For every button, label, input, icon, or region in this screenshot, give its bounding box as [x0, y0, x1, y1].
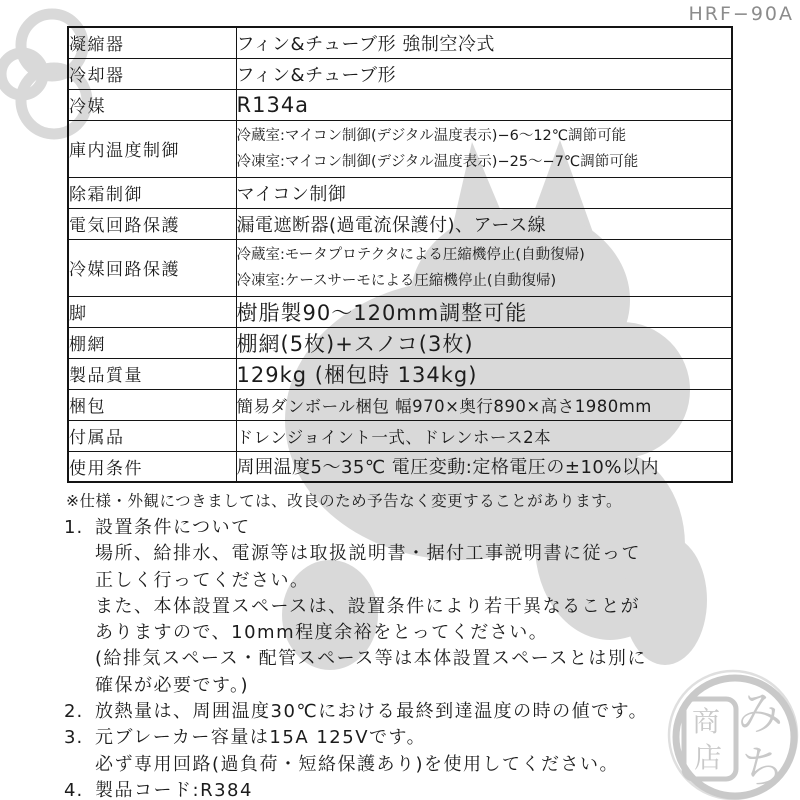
note-number: 4. — [64, 778, 95, 800]
table-row: 棚網 棚網(5枚)+スノコ(3枚) — [68, 327, 732, 358]
disclaimer-text: ※仕様・外観につきましては、改良のため予告なく変更することがあります。 — [66, 489, 780, 511]
note-line: また、本体設置スペースは、設置条件により若干異なることが — [95, 594, 780, 620]
spec-label: 付属品 — [68, 420, 236, 451]
spec-value: 簡易ダンボール梱包 幅970×奥行890×高さ1980mm — [237, 393, 732, 417]
spec-value: 冷蔵室:マイコン制御(デジタル温度表示)−6〜12℃調節可能 — [237, 123, 732, 149]
table-row: 使用条件 周囲温度5〜35℃ 電圧変動:定格電圧の±10%以内 — [68, 451, 732, 482]
table-row: 梱包 簡易ダンボール梱包 幅970×奥行890×高さ1980mm — [68, 389, 732, 420]
spec-value: フィン&チューブ形 強制空冷式 — [237, 30, 732, 56]
table-row: 冷却器 フィン&チューブ形 — [68, 58, 732, 89]
spec-value: ドレンジョイント一式、ドレンホース2本 — [237, 424, 732, 448]
note-item: 1. 設置条件について 場所、給排水、電源等は取扱説明書・据付工事説明書に従って… — [64, 515, 780, 699]
table-row: 冷媒回路保護 冷蔵室:モータプロテクタによる圧縮機停止(自動復帰) 冷凍室:ケー… — [68, 239, 732, 296]
note-item: 3. 元ブレーカー容量は15A 125Vです。 必ず専用回路(過負荷・短絡保護あ… — [64, 725, 780, 778]
spec-label: 使用条件 — [68, 451, 236, 482]
spec-value: 棚網(5枚)+スノコ(3枚) — [237, 328, 732, 358]
table-row: 脚 樹脂製90〜120mm調整可能 — [68, 296, 732, 327]
spec-value: R134a — [237, 93, 732, 117]
table-row: 凝縮器 フィン&チューブ形 強制空冷式 — [68, 27, 732, 58]
spec-label: 除霜制御 — [68, 177, 236, 208]
note-item: 2. 放熱量は、周囲温度30℃における最終到達温度の時の値です。 — [64, 699, 780, 725]
note-line: 正しく行ってください。 — [95, 568, 780, 594]
spec-value: 樹脂製90〜120mm調整可能 — [237, 297, 732, 327]
spec-value: 周囲温度5〜35℃ 電圧変動:定格電圧の±10%以内 — [237, 453, 732, 479]
spec-label: 電気回路保護 — [68, 208, 236, 239]
note-number: 2. — [64, 699, 95, 725]
note-line: 確保が必要です。) — [95, 673, 780, 699]
spec-label: 梱包 — [68, 389, 236, 420]
note-line: 放熱量は、周囲温度30℃における最終到達温度の時の値です。 — [95, 699, 780, 725]
note-item: 4. 製品コード:R384 — [64, 778, 780, 800]
spec-label: 冷媒回路保護 — [68, 239, 236, 296]
table-row: 除霜制御 マイコン制御 — [68, 177, 732, 208]
spec-value: マイコン制御 — [237, 180, 732, 206]
note-line: (給排気スペース・配管スペース等は本体設置スペースとは別に — [95, 646, 780, 672]
spec-label: 庫内温度制御 — [68, 120, 236, 177]
note-line: 必ず専用回路(過負荷・短絡保護あり)を使用してください。 — [95, 752, 780, 778]
table-row: 製品質量 129kg (梱包時 134kg) — [68, 358, 732, 389]
spec-table: 凝縮器 フィン&チューブ形 強制空冷式 冷却器 フィン&チューブ形 冷媒 R13… — [67, 26, 733, 483]
spec-value: 129kg (梱包時 134kg) — [237, 359, 732, 389]
spec-label: 脚 — [68, 296, 236, 327]
note-number: 1. — [64, 515, 95, 541]
spec-value: 冷凍室:マイコン制御(デジタル温度表示)−25〜−7℃調節可能 — [237, 149, 732, 175]
note-number: 3. — [64, 725, 95, 751]
spec-value: 漏電遮断器(過電流保護付)、アース線 — [237, 211, 732, 237]
spec-sheet-page: 商 店 み ち HRF−90A 凝縮器 フィン&チューブ形 強制空冷式 冷却器 … — [0, 0, 800, 800]
spec-label: 冷却器 — [68, 58, 236, 89]
spec-value: 冷蔵室:モータプロテクタによる圧縮機停止(自動復帰) — [237, 242, 732, 268]
spec-label: 製品質量 — [68, 358, 236, 389]
spec-label: 棚網 — [68, 327, 236, 358]
spec-label: 凝縮器 — [68, 27, 236, 58]
note-line: ありますので、10mm程度余裕をとってください。 — [95, 620, 780, 646]
model-number: HRF−90A — [688, 3, 794, 25]
table-row: 庫内温度制御 冷蔵室:マイコン制御(デジタル温度表示)−6〜12℃調節可能 冷凍… — [68, 120, 732, 177]
table-row: 付属品 ドレンジョイント一式、ドレンホース2本 — [68, 420, 732, 451]
spec-value: 冷凍室:ケースサーモによる圧縮機停止(自動復帰) — [237, 268, 732, 294]
spec-label: 冷媒 — [68, 89, 236, 120]
note-line: 製品コード:R384 — [95, 778, 780, 800]
table-row: 電気回路保護 漏電遮断器(過電流保護付)、アース線 — [68, 208, 732, 239]
note-line: 設置条件について — [95, 515, 780, 541]
table-row: 冷媒 R134a — [68, 89, 732, 120]
notes-section: ※仕様・外観につきましては、改良のため予告なく変更することがあります。 1. 設… — [64, 489, 780, 800]
note-line: 元ブレーカー容量は15A 125Vです。 — [95, 725, 780, 751]
spec-value: フィン&チューブ形 — [237, 61, 732, 87]
note-line: 場所、給排水、電源等は取扱説明書・据付工事説明書に従って — [95, 541, 780, 567]
